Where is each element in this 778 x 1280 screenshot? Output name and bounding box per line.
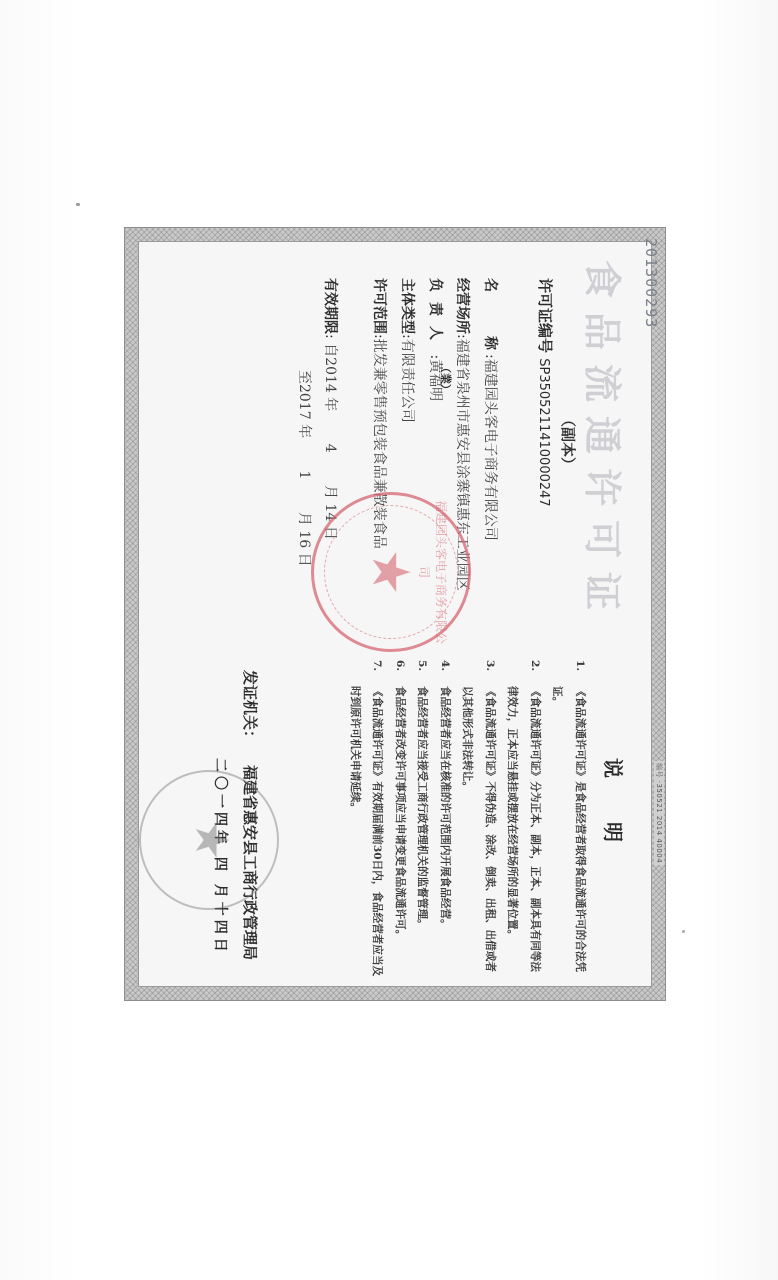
company-seal-text: 福建园头客电子商务有限公司 <box>416 495 450 649</box>
note-text: 食品经营者改变许可事项应当申请变更食品流通许可。 <box>394 686 406 940</box>
permit-number-label: 许可证编号 <box>536 278 554 353</box>
note-number: 4. <box>434 660 457 671</box>
note-item: 4.食品经营者应当在核准的许可范围内开展食品经营。 <box>434 660 457 980</box>
permit-number-value: SP3505211410000247 <box>536 358 551 506</box>
field-person-label: 负责人 <box>426 278 446 350</box>
note-item: 7.《食品流通许可证》有效期届满前30日内，食品经营者应当及时到原许可机关申请延… <box>344 660 389 980</box>
note-item: 2.《食品流通许可证》分为正本、副本，正本、副本具有同等法律效力，正本应当悬挂或… <box>501 660 546 980</box>
note-text: 《食品流通许可证》分为正本、副本，正本、副本具有同等法律效力，正本应当悬挂或摆放… <box>507 686 542 972</box>
notes-list: 1.《食品流通许可证》是食品经营者取得食品流通许可的合法凭证。 2.《食品流通许… <box>344 660 592 980</box>
field-name-label: 名称 <box>481 278 501 354</box>
unit-year: 年 <box>322 397 338 411</box>
certificate-title: 食品流通许可证 <box>578 242 633 642</box>
note-text: 《食品流通许可证》有效期届满前30日内，食品经营者应当及时到原许可机关申请延续。 <box>349 686 384 976</box>
field-valid-to: 至2017 年 1 月 16 日 <box>295 370 315 567</box>
valid-to-month: 1 <box>296 471 312 480</box>
unit-month: 月 <box>322 485 338 499</box>
star-icon: ★ <box>364 495 416 649</box>
authority-seal: ★ <box>139 770 279 910</box>
note-number: 6. <box>389 660 412 671</box>
field-valid-from: 有效期限: 自2014 年 4 月 14 日 <box>321 278 341 540</box>
note-text: 食品经营者应当接受工商行政管理机关的监督管理。 <box>417 686 429 930</box>
document-serial-number: 201300293 <box>642 238 660 328</box>
field-entity-type: 主体类型:有限责任公司 <box>398 278 418 423</box>
note-number: 1. <box>569 660 592 671</box>
note-text: 食品经营者应当在核准的许可范围内开展食品经营。 <box>439 686 451 930</box>
valid-from-prefix: 自 <box>322 343 338 357</box>
notes-title: 说明 <box>600 672 629 972</box>
valid-from-month: 4 <box>322 444 338 453</box>
field-valid-label: 有效期限 <box>321 278 341 334</box>
field-scope-label: 许可范围 <box>370 278 390 334</box>
field-place-label: 经营场所 <box>453 278 473 334</box>
note-text: 《食品流通许可证》是食品经营者取得食品流通许可的合法凭证。 <box>552 686 587 972</box>
certificate-subtitle: （副本） <box>558 242 579 642</box>
border-serial-number: 编号 ·350521 2014 40004 <box>654 761 664 865</box>
certificate-frame: 食品流通许可证 （副本） 许可证编号 SP3505211410000247 名称… <box>125 228 665 1000</box>
field-name-value: 福建园头客电子商务有限公司 <box>482 359 498 541</box>
field-person: 负责人 （業）:黄福明 <box>426 278 446 401</box>
note-item: 3.《食品流通许可证》不得伪造、涂改、倒卖、出租、出借或者以其他形式非法转让。 <box>456 660 501 980</box>
note-item: 1.《食品流通许可证》是食品经营者取得食品流通许可的合法凭证。 <box>546 660 591 980</box>
note-number: 3. <box>479 660 502 671</box>
note-number: 7. <box>366 660 389 671</box>
star-icon: ★ <box>189 772 235 908</box>
note-text: 《食品流通许可证》不得伪造、涂改、倒卖、出租、出借或者以其他形式非法转让。 <box>462 686 497 972</box>
valid-to-year: 2017 <box>296 384 312 420</box>
valid-from-year: 2014 <box>322 357 338 393</box>
field-entity-type-value: 有限责任公司 <box>399 339 415 423</box>
field-person-paren: （業） <box>438 362 454 395</box>
unit-year: 年 <box>296 424 312 438</box>
scan-speck <box>76 203 80 206</box>
note-number: 5. <box>411 660 434 671</box>
unit-month: 月 <box>296 512 312 526</box>
unit-day: 日 <box>296 553 312 567</box>
valid-to-day: 16 <box>296 530 312 548</box>
permit-certificate: 食品流通许可证 （副本） 许可证编号 SP3505211410000247 名称… <box>125 228 665 1000</box>
note-item: 6.食品经营者改变许可事项应当申请变更食品流通许可。 <box>389 660 412 980</box>
issuer-label: 发证机关： <box>241 670 259 745</box>
note-item: 5.食品经营者应当接受工商行政管理机关的监督管理。 <box>411 660 434 980</box>
scan-speck <box>682 930 685 933</box>
note-number: 2. <box>524 660 547 671</box>
field-name: 名称:福建园头客电子商务有限公司 <box>481 278 501 541</box>
field-entity-type-label: 主体类型 <box>398 278 418 334</box>
permit-number: 许可证编号 SP3505211410000247 <box>535 278 556 507</box>
certificate-body: 食品流通许可证 （副本） 许可证编号 SP3505211410000247 名称… <box>138 241 652 987</box>
valid-to-prefix: 至 <box>296 370 312 384</box>
company-seal: 福建园头客电子商务有限公司 ★ <box>311 492 471 652</box>
